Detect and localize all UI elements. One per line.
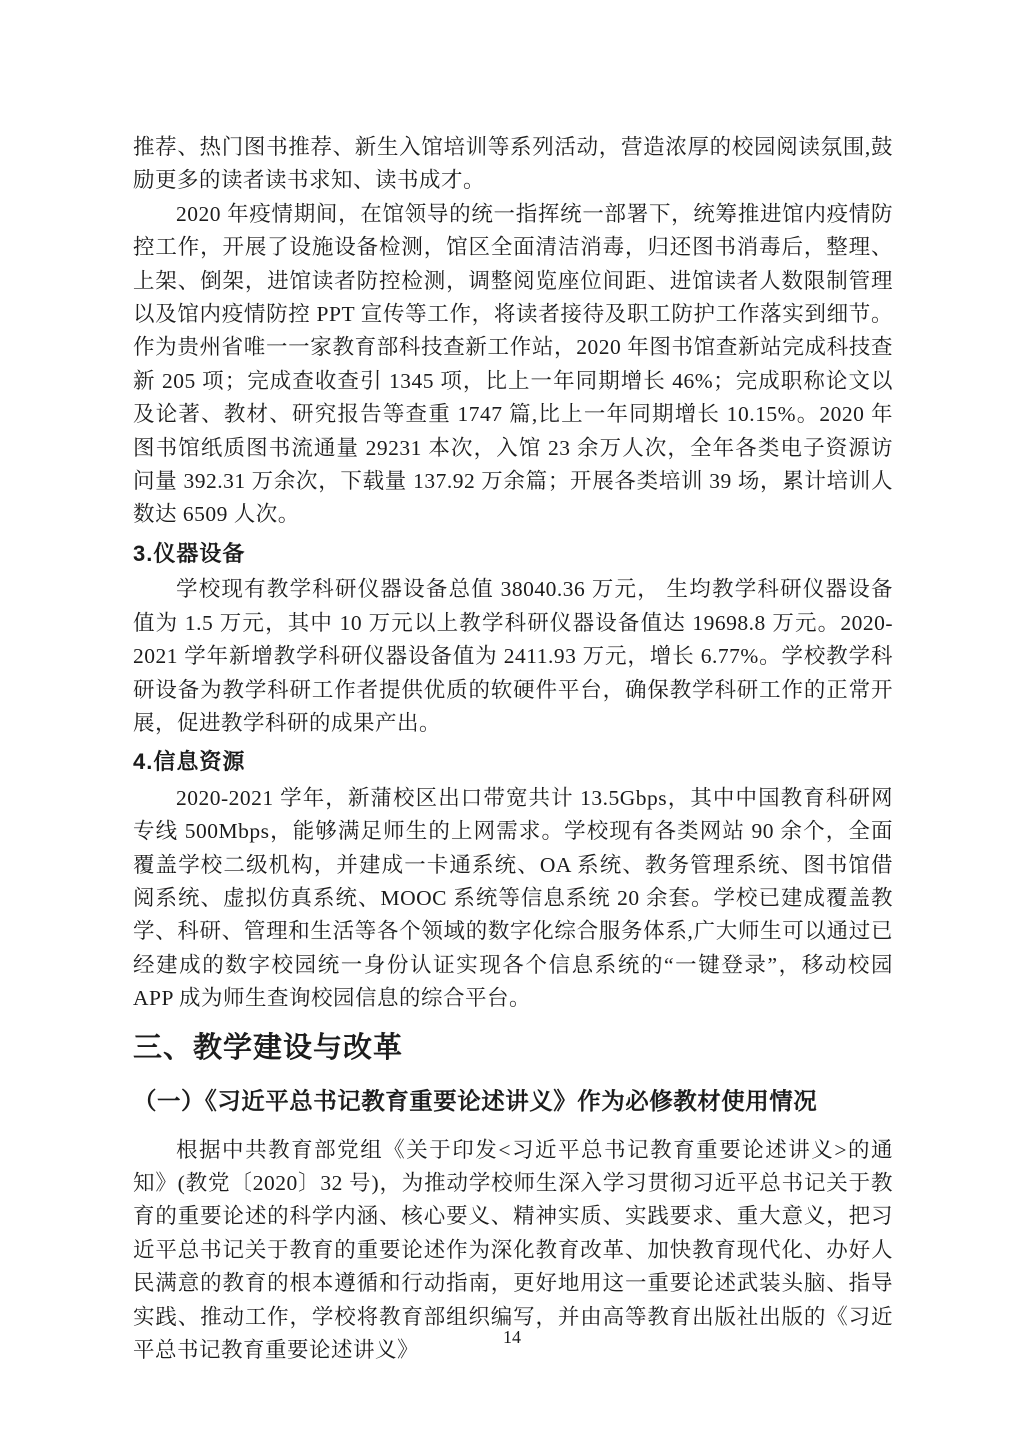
subsection-heading-required-textbook-usage: （一）《习近平总书记教育重要论述讲义》作为必修教材使用情况 (133, 1083, 893, 1119)
page-footer: 14 (0, 1327, 1024, 1348)
heading-instrument-equipment: 3.仪器设备 (133, 537, 893, 570)
paragraph-equipment-value: 学校现有教学科研仪器设备总值 38040.36 万元， 生均教学科研仪器设备值为… (133, 573, 893, 740)
page-content: 推荐、热门图书推荐、新生入馆培训等系列活动，营造浓厚的校园阅读氛围,鼓励更多的读… (133, 131, 893, 1367)
heading-information-resources: 4.信息资源 (133, 745, 893, 778)
page-number: 14 (503, 1327, 521, 1347)
paragraph-reading-promotion: 推荐、热门图书推荐、新生入馆培训等系列活动，营造浓厚的校园阅读氛围,鼓励更多的读… (133, 131, 893, 198)
section-heading-teaching-construction-reform: 三、教学建设与改革 (133, 1028, 893, 1068)
paragraph-pandemic-library-work: 2020 年疫情期间，在馆领导的统一指挥统一部署下，统筹推进馆内疫情防控工作，开… (133, 198, 893, 532)
document-page: 推荐、热门图书推荐、新生入馆培训等系列活动，营造浓厚的校园阅读氛围,鼓励更多的读… (0, 0, 1024, 1448)
paragraph-network-information-resources: 2020-2021 学年，新蒲校区出口带宽共计 13.5Gbps，其中中国教育科… (133, 782, 893, 1016)
